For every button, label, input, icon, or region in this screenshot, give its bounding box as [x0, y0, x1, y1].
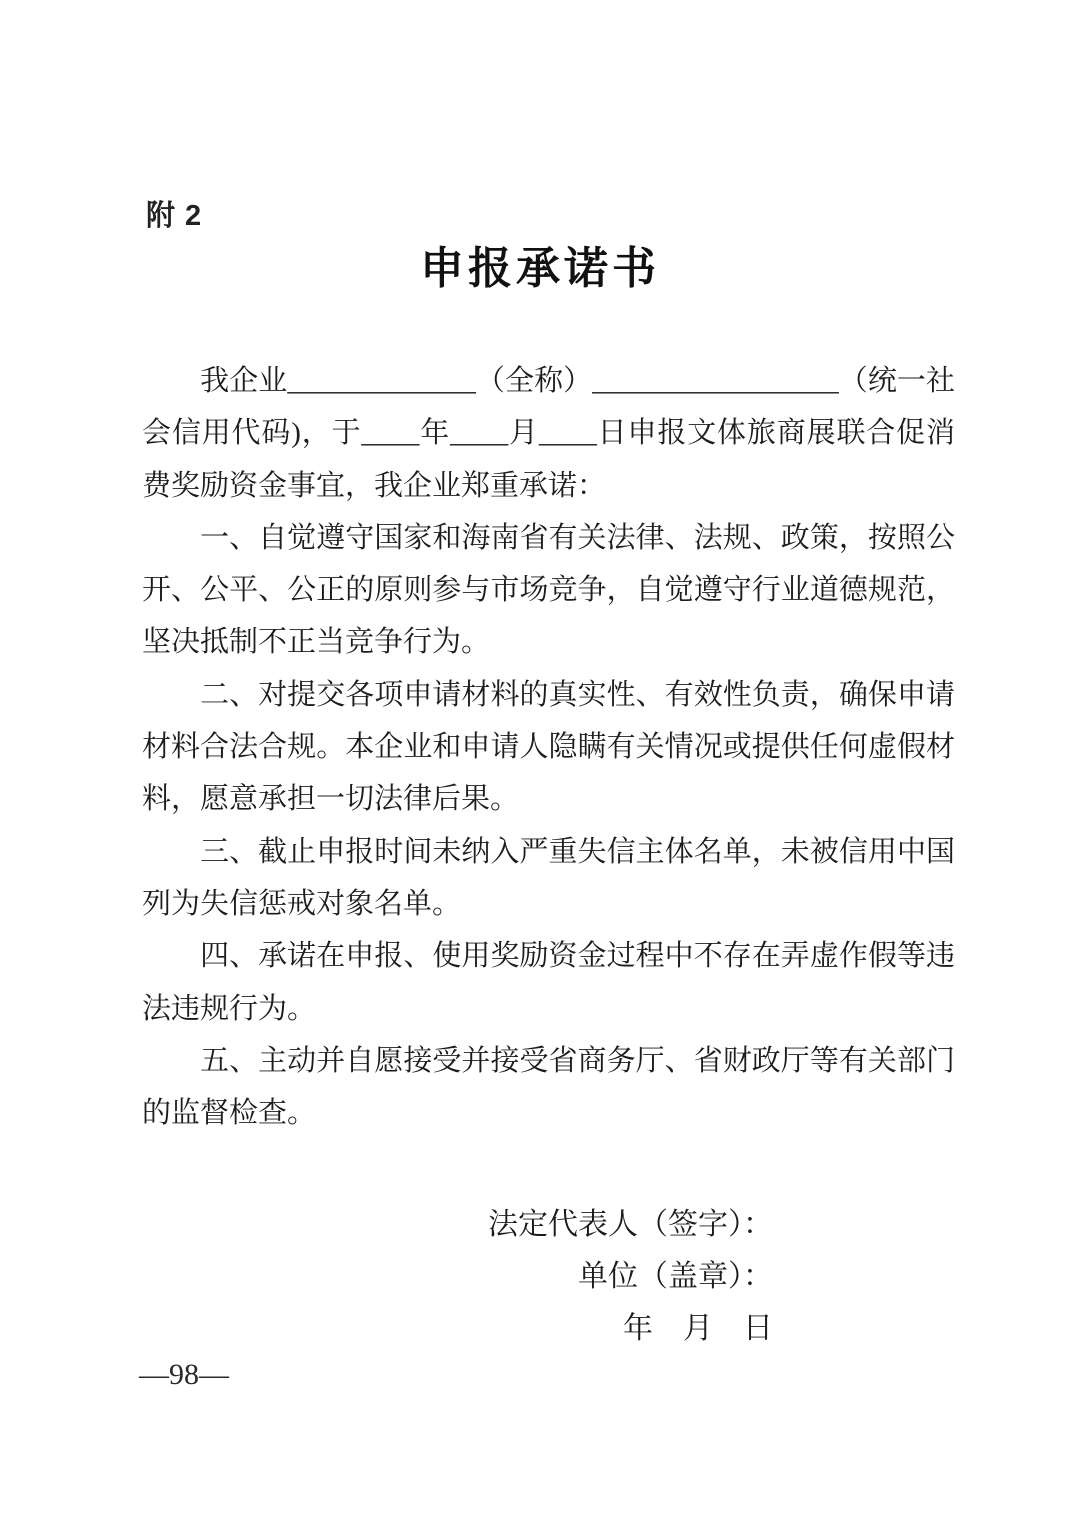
- document-page: 附 2 申报承诺书 我企业_____________（全称）__________…: [0, 0, 1080, 1527]
- body-line: 会信用代码)，于____年____月____日申报文体旅商展联合促消: [142, 407, 955, 459]
- body-line: 二、对提交各项申请材料的真实性、有效性负责，确保申请: [142, 669, 955, 721]
- body-line: 五、主动并自愿接受并接受省商务厅、省财政厅等有关部门: [142, 1035, 955, 1087]
- body-line: 材料合法合规。本企业和申请人隐瞒有关情况或提供任何虚假材: [142, 721, 955, 773]
- body-line: 费奖励资金事宜，我企业郑重承诺：: [142, 460, 955, 512]
- body-line: 法违规行为。: [142, 983, 955, 1035]
- signature-block: 法定代表人（签字）： 单位（盖章）： 年 月 日: [488, 1199, 773, 1355]
- document-body: 我企业_____________（全称）_________________（统一…: [142, 355, 955, 1139]
- body-line: 我企业_____________（全称）_________________（统一…: [142, 355, 955, 407]
- body-line: 料，愿意承担一切法律后果。: [142, 773, 955, 825]
- document-title: 申报承诺书: [0, 238, 1080, 300]
- body-line: 四、承诺在申报、使用奖励资金过程中不存在弄虚作假等违: [142, 930, 955, 982]
- unit-seal-line: 单位（盖章）：: [488, 1251, 773, 1303]
- body-line: 三、截止申报时间未纳入严重失信主体名单，未被信用中国: [142, 826, 955, 878]
- body-line: 开、公平、公正的原则参与市场竞争，自觉遵守行业道德规范，: [142, 564, 955, 616]
- body-line: 的监督检查。: [142, 1087, 955, 1139]
- page-number: —98—: [139, 1356, 229, 1394]
- body-line: 列为失信惩戒对象名单。: [142, 878, 955, 930]
- attachment-label: 附 2: [146, 198, 202, 234]
- legal-representative-signature-line: 法定代表人（签字）：: [488, 1199, 773, 1251]
- body-line: 一、自觉遵守国家和海南省有关法律、法规、政策，按照公: [142, 512, 955, 564]
- body-line: 坚决抵制不正当竞争行为。: [142, 616, 955, 668]
- date-line: 年 月 日: [488, 1303, 773, 1355]
